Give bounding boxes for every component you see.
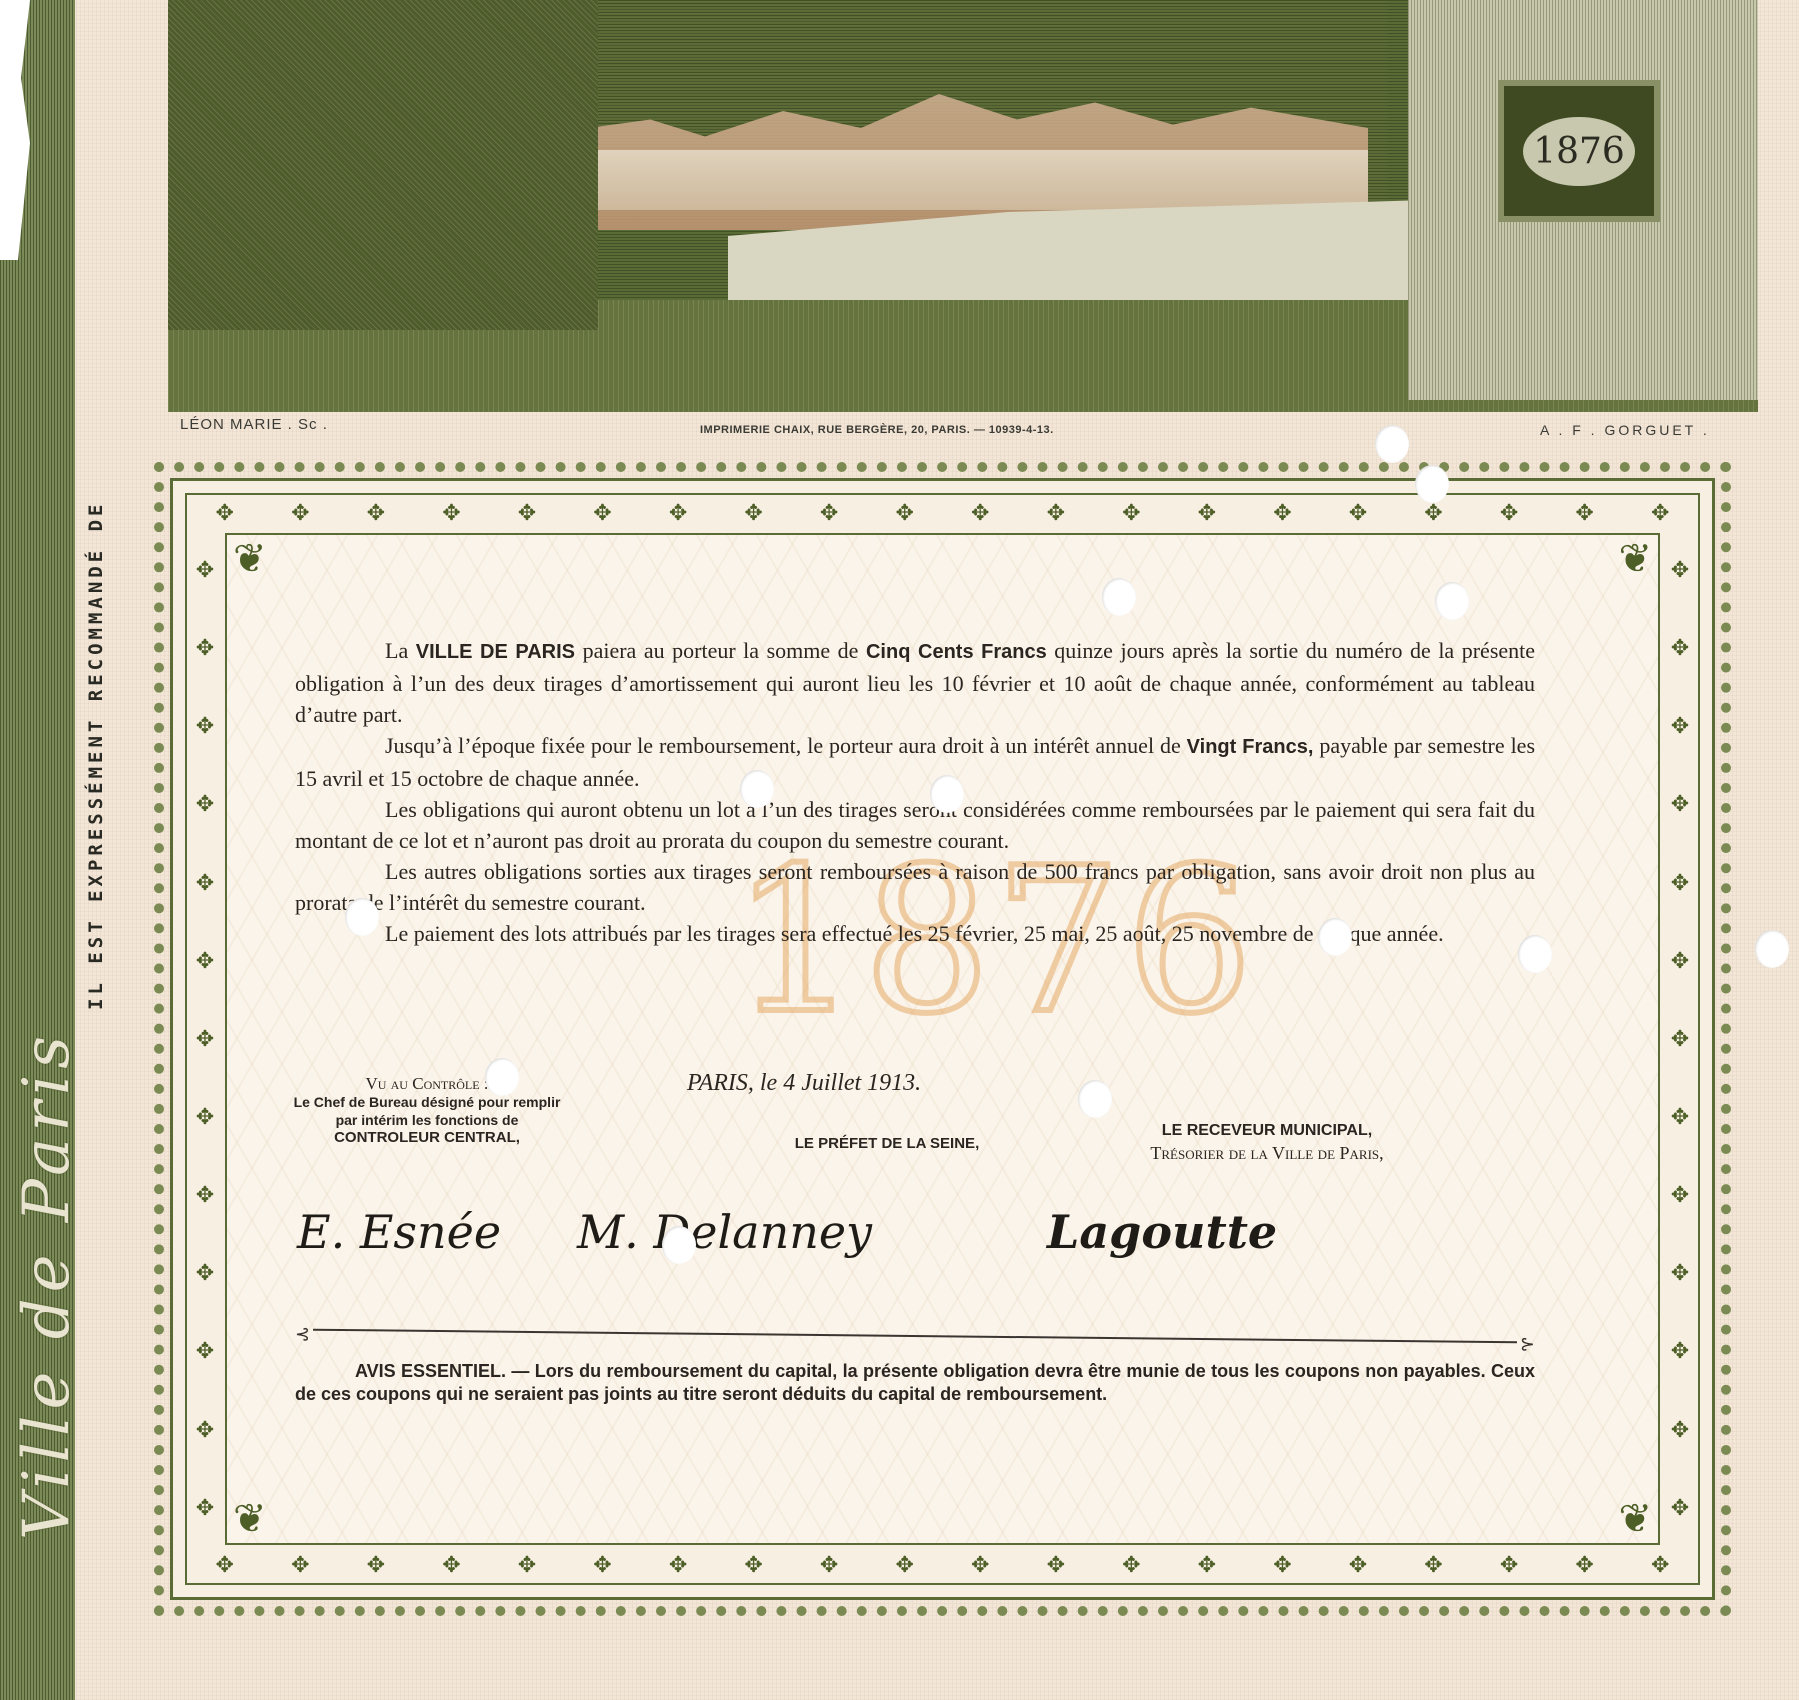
ornamental-divider: ⊰ ⊱: [295, 1330, 1535, 1342]
signature-prefect: M. Delanney: [577, 1205, 872, 1259]
quatrefoil-icon: ✥: [1671, 1182, 1689, 1208]
left-engraved-strip: Ville de Paris: [0, 0, 75, 1700]
quatrefoil-icon: ✥: [1671, 870, 1689, 896]
quatrefoil-icon: ✥: [669, 500, 687, 526]
control-line-2: par intérim les fonctions de: [287, 1111, 567, 1129]
quatrefoil-icon: ✥: [744, 500, 762, 526]
quatrefoil-icon: ✥: [518, 1552, 536, 1578]
quatrefoil-icon: ✥: [442, 500, 460, 526]
border-col-right: ✥✥✥✥✥✥✥✥✥✥✥✥✥: [1662, 531, 1698, 1547]
quatrefoil-icon: ✥: [1671, 1260, 1689, 1286]
divider-line: [313, 1329, 1517, 1344]
quatrefoil-icon: ✥: [196, 791, 214, 817]
quatrefoil-icon: ✥: [1575, 500, 1593, 526]
signatory-controller: Vu au Contrôle : Le Chef de Bureau désig…: [287, 1075, 567, 1147]
quatrefoil-icon: ✥: [971, 500, 989, 526]
signature-receiver: Lagoutte: [1047, 1205, 1277, 1259]
engraver-credit: LÉON MARIE . Sc .: [180, 416, 328, 433]
control-title: CONTROLEUR CENTRAL,: [287, 1129, 567, 1147]
punch-hole: [345, 898, 379, 936]
issuer-name: VILLE DE PARIS: [416, 641, 575, 663]
top-engraving: 1876: [168, 0, 1758, 412]
quatrefoil-icon: ✥: [291, 500, 309, 526]
corner-fleuron-icon: ❦: [233, 1499, 267, 1539]
quatrefoil-icon: ✥: [1500, 500, 1518, 526]
corner-fleuron-icon: ❦: [1618, 539, 1652, 579]
quatrefoil-icon: ✥: [196, 1026, 214, 1052]
punch-hole: [1755, 930, 1789, 968]
quatrefoil-icon: ✥: [442, 1552, 460, 1578]
quatrefoil-icon: ✥: [593, 500, 611, 526]
paragraph-redemption: Les autres obligations sorties aux tirag…: [295, 856, 1535, 918]
quatrefoil-icon: ✥: [196, 1495, 214, 1521]
prefect-title: LE PRÉFET DE LA SEINE,: [747, 1135, 1027, 1152]
text: La: [385, 638, 416, 663]
quatrefoil-icon: ✥: [744, 1552, 762, 1578]
punch-hole: [1078, 1080, 1112, 1118]
receiver-title: LE RECEVEUR MUNICIPAL,: [1087, 1120, 1447, 1142]
quatrefoil-icon: ✥: [367, 500, 385, 526]
quatrefoil-icon: ✥: [1671, 1338, 1689, 1364]
receiver-subtitle: Trésorier de la Ville de Paris,: [1087, 1142, 1447, 1164]
obligation-terms: La VILLE DE PARIS paiera au porteur la s…: [295, 635, 1535, 949]
quatrefoil-icon: ✥: [196, 1338, 214, 1364]
quatrefoil-icon: ✥: [216, 500, 234, 526]
quatrefoil-icon: ✥: [1424, 500, 1442, 526]
quatrefoil-icon: ✥: [593, 1552, 611, 1578]
quatrefoil-icon: ✥: [820, 1552, 838, 1578]
margin-notice: IL EST EXPRESSÉMENT RECOMMANDÉ DE: [85, 20, 119, 1010]
quatrefoil-icon: ✥: [669, 1552, 687, 1578]
quatrefoil-icon: ✥: [971, 1552, 989, 1578]
corner-fleuron-icon: ❦: [1618, 1499, 1652, 1539]
punch-hole: [1102, 578, 1136, 616]
quatrefoil-icon: ✥: [1671, 713, 1689, 739]
engraving-credits: LÉON MARIE . Sc . IMPRIMERIE CHAIX, RUE …: [180, 416, 1760, 442]
divider-left-ornament-icon: ⊰: [295, 1324, 310, 1345]
quatrefoil-icon: ✥: [196, 870, 214, 896]
divider-right-ornament-icon: ⊱: [1520, 1334, 1535, 1355]
quatrefoil-icon: ✥: [895, 500, 913, 526]
quatrefoil-icon: ✥: [1671, 557, 1689, 583]
principal-amount: Cinq Cents Francs: [866, 641, 1047, 663]
border-col-left: ✥✥✥✥✥✥✥✥✥✥✥✥✥: [187, 531, 223, 1547]
quatrefoil-icon: ✥: [820, 500, 838, 526]
notice-label: AVIS ESSENTIEL. —: [355, 1361, 529, 1381]
signature-controller: E. Esnée: [297, 1205, 501, 1259]
quatrefoil-icon: ✥: [1575, 1552, 1593, 1578]
quatrefoil-icon: ✥: [1651, 1552, 1669, 1578]
quatrefoil-icon: ✥: [1122, 500, 1140, 526]
quatrefoil-icon: ✥: [1122, 1552, 1140, 1578]
paragraph-payment: La VILLE DE PARIS paiera au porteur la s…: [295, 635, 1535, 730]
quatrefoil-icon: ✥: [1273, 500, 1291, 526]
quatrefoil-icon: ✥: [1671, 791, 1689, 817]
certificate-frame: ✥✥✥✥✥✥✥✥✥✥✥✥✥✥✥✥✥✥✥✥ ✥✥✥✥✥✥✥✥✥✥✥✥✥✥✥✥✥✥✥…: [170, 478, 1715, 1600]
signatory-prefect: LE PRÉFET DE LA SEINE,: [747, 1135, 1027, 1152]
quatrefoil-icon: ✥: [291, 1552, 309, 1578]
figure-with-shovel: [168, 0, 598, 330]
quatrefoil-icon: ✥: [216, 1552, 234, 1578]
corner-fleuron-icon: ❦: [233, 539, 267, 579]
quatrefoil-icon: ✥: [1500, 1552, 1518, 1578]
quatrefoil-icon: ✥: [196, 1104, 214, 1130]
essential-notice: AVIS ESSENTIEL. — Lors du remboursement …: [295, 1360, 1535, 1406]
paragraph-lots: Les obligations qui auront obtenu un lot…: [295, 794, 1535, 856]
quatrefoil-icon: ✥: [1349, 1552, 1367, 1578]
quatrefoil-icon: ✥: [1198, 1552, 1216, 1578]
quatrefoil-icon: ✥: [1424, 1552, 1442, 1578]
quatrefoil-icon: ✥: [1671, 635, 1689, 661]
quatrefoil-icon: ✥: [895, 1552, 913, 1578]
quatrefoil-icon: ✥: [196, 948, 214, 974]
paragraph-interest: Jusqu’à l’époque fixée pour le rembourse…: [295, 730, 1535, 794]
printer-credit: IMPRIMERIE CHAIX, RUE BERGÈRE, 20, PARIS…: [700, 424, 1054, 436]
quatrefoil-icon: ✥: [1198, 500, 1216, 526]
quatrefoil-icon: ✥: [1047, 1552, 1065, 1578]
quatrefoil-icon: ✥: [1671, 1417, 1689, 1443]
margin-script-text: Ville de Paris: [10, 40, 65, 1540]
dateline: PARIS, le 4 Juillet 1913.: [687, 1070, 921, 1097]
text: paiera au porteur la somme de: [575, 638, 866, 663]
artist-credit: A . F . GORGUET .: [1540, 422, 1710, 438]
quatrefoil-icon: ✥: [196, 1182, 214, 1208]
border-row-top: ✥✥✥✥✥✥✥✥✥✥✥✥✥✥✥✥✥✥✥✥: [187, 495, 1698, 531]
interest-amount: Vingt Francs,: [1187, 736, 1314, 758]
quatrefoil-icon: ✥: [1349, 500, 1367, 526]
quatrefoil-icon: ✥: [1651, 500, 1669, 526]
quatrefoil-icon: ✥: [1671, 1026, 1689, 1052]
punch-hole: [1375, 425, 1409, 463]
year-badge: 1876: [1523, 117, 1635, 186]
text: Jusqu’à l’époque fixée pour le rembourse…: [385, 733, 1187, 758]
quatrefoil-icon: ✥: [196, 635, 214, 661]
quatrefoil-icon: ✥: [1671, 1495, 1689, 1521]
quatrefoil-icon: ✥: [196, 557, 214, 583]
control-heading: Vu au Contrôle :: [287, 1075, 567, 1093]
punch-hole: [662, 1226, 696, 1264]
seine-river: [588, 150, 1368, 210]
quatrefoil-icon: ✥: [196, 1260, 214, 1286]
quatrefoil-icon: ✥: [518, 500, 536, 526]
quatrefoil-icon: ✥: [196, 713, 214, 739]
quatrefoil-icon: ✥: [1273, 1552, 1291, 1578]
punch-hole: [740, 770, 774, 808]
quatrefoil-icon: ✥: [1047, 500, 1065, 526]
certificate-body: ❦ ❦ ❦ ❦ 1876 La VILLE DE PARIS paiera au…: [225, 533, 1660, 1545]
punch-hole: [1318, 918, 1352, 956]
punch-hole: [1518, 935, 1552, 973]
year-plaque: 1876: [1498, 80, 1660, 222]
punch-hole: [1435, 582, 1469, 620]
quatrefoil-icon: ✥: [367, 1552, 385, 1578]
quatrefoil-icon: ✥: [1671, 1104, 1689, 1130]
quatrefoil-icon: ✥: [196, 1417, 214, 1443]
border-row-bottom: ✥✥✥✥✥✥✥✥✥✥✥✥✥✥✥✥✥✥✥✥: [187, 1547, 1698, 1583]
punch-hole: [1415, 465, 1449, 503]
signatory-receiver: LE RECEVEUR MUNICIPAL, Trésorier de la V…: [1087, 1120, 1447, 1164]
control-line-1: Le Chef de Bureau désigné pour remplir: [287, 1093, 567, 1111]
punch-hole: [485, 1058, 519, 1096]
punch-hole: [930, 775, 964, 813]
quatrefoil-icon: ✥: [1671, 948, 1689, 974]
